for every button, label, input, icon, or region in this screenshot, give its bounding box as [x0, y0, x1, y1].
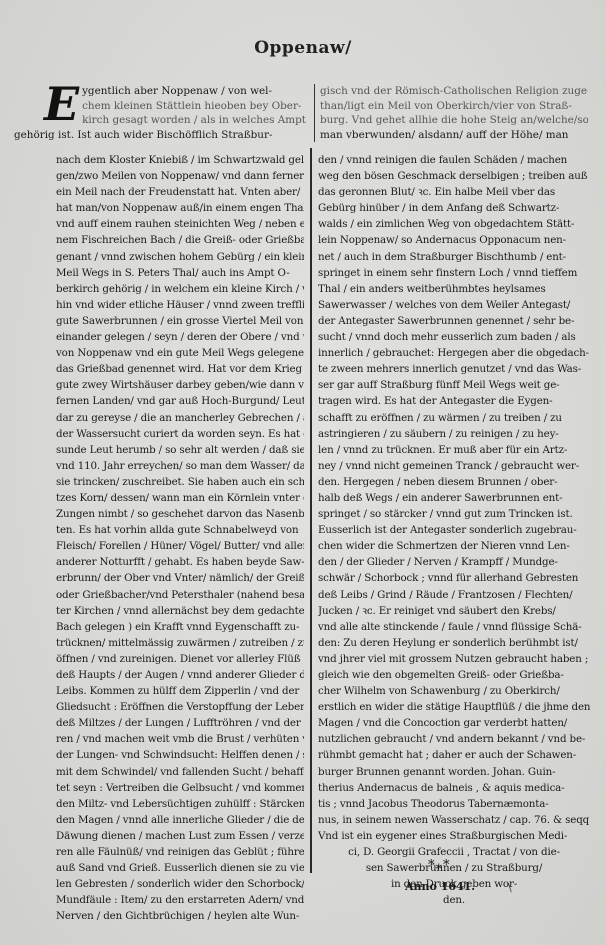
text-line: berkirch gehörig / in welchem ein kleine…	[56, 281, 304, 297]
text-line: auß Sand vnd Grieß. Eusserlich dienen si…	[56, 860, 304, 876]
text-line: hin vnd wider etliche Häuser / vnnd zwee…	[56, 297, 304, 313]
text-line: oder Grießbacher/vnd Petersthaler (nahen…	[56, 587, 304, 603]
text-line: ein Meil nach der Freudenstatt hat. Vnte…	[56, 184, 304, 200]
text-line: den Magen / vnnd alle innerliche Glieder…	[56, 812, 304, 828]
intro-line: kirch gesagt worden / als in welches Amp…	[82, 113, 306, 128]
closing-line: den.	[318, 892, 590, 908]
text-line: Vnd ist ein eygener eines Straßburgische…	[318, 828, 590, 844]
text-line: öffnen / vnd zureinigen. Dienet vor alle…	[56, 651, 304, 667]
intro-line: gisch vnd der Römisch-Catholischen Relig…	[320, 84, 588, 99]
text-line: vnd 110. Jahr erreychen/ so man dem Wass…	[56, 458, 304, 474]
text-line: anderer Notturfft / gehabt. Es haben bey…	[56, 554, 304, 570]
text-line: fernen Landen/ vnd gar auß Hoch-Burgund/…	[56, 393, 304, 409]
text-line: Nerven / den Gichtbrüchigen / heylen alt…	[56, 908, 304, 924]
text-line: Sawerwasser / welches von dem Weiler Ant…	[318, 297, 590, 313]
text-line: den. Hergegen / neben diesem Brunnen / o…	[318, 474, 590, 490]
text-line: ter Kirchen / vnnd allernächst bey dem g…	[56, 603, 304, 619]
text-line: sie trincken/ zuschreibet. Sie haben auc…	[56, 474, 304, 490]
text-line: mit dem Schwindel/ vnd fallenden Sucht /…	[56, 764, 304, 780]
text-line: hat man/von Noppenaw auß/in einem engen …	[56, 200, 304, 216]
publication-date: Anno 1641.	[405, 880, 475, 893]
text-line: das Grießbad genennet wird. Hat vor dem …	[56, 361, 304, 377]
intro-left: E ygentlich aber Noppenaw / von wel- che…	[44, 84, 306, 142]
text-line: Gliedsucht : Eröffnen die Verstopffung d…	[56, 699, 304, 715]
ornament-asterism: *⁎*	[428, 858, 451, 873]
text-line: einander gelegen / seyn / deren der Ober…	[56, 329, 304, 345]
stray-mark: \	[508, 881, 512, 894]
left-column: nach dem Kloster Kniebiß / im Schwartzwa…	[56, 152, 304, 925]
closing-line: sen Sawerbrünnen / zu Straßburg/	[318, 860, 590, 876]
text-line: nach dem Kloster Kniebiß / im Schwartzwa…	[56, 152, 304, 168]
text-line: ser gar auff Straßburg fünff Meil Wegs w…	[318, 377, 590, 393]
text-line: erstlich en wider die stätige Hauptflüß …	[318, 699, 590, 715]
text-line: nutzlichen gebraucht / vnd andern bekann…	[318, 731, 590, 747]
text-line: tragen wird. Es hat der Antegaster die E…	[318, 393, 590, 409]
text-line: len Gebresten / sonderlich wider den Sch…	[56, 876, 304, 892]
text-line: tet seyn : Vertreiben die Gelbsucht / vn…	[56, 780, 304, 796]
text-line: springet in einem sehr finstern Loch / v…	[318, 265, 590, 281]
closing-line: ci, D. Georgii Grafeccii , Tractat / von…	[318, 844, 590, 860]
intro-line: chem kleinen Stättlein hieoben bey Ober-	[82, 99, 306, 114]
text-line: genant / vnnd zwischen hohem Gebürg / ei…	[56, 249, 304, 265]
intro-line: ygentlich aber Noppenaw / von wel-	[82, 84, 306, 99]
text-line: Jucken / ꝛc. Er reiniget vnd säubert den…	[318, 603, 590, 619]
text-line: deß Haupts / der Augen / vnnd anderer Gl…	[56, 667, 304, 683]
text-line: den / vnnd reinigen die faulen Schäden /…	[318, 152, 590, 168]
text-line: astringieren / zu säubern / zu reinigen …	[318, 426, 590, 442]
text-line: Gebürg hinüber / in dem Anfang deß Schwa…	[318, 200, 590, 216]
text-line: springet / so stärcker / vnnd gut zum Tr…	[318, 506, 590, 522]
intro-line: man vberwunden/ alsdann/ auff der Höhe/ …	[320, 128, 588, 143]
intro-line: gehörig ist. Ist auch wider Bischöfflich…	[14, 128, 306, 143]
text-line: Mundfäule : Item/ zu den erstarreten Ade…	[56, 892, 304, 908]
text-line: schwär / Schorbock ; vnnd für allerhand …	[318, 570, 590, 586]
text-line: sunde Leut herumb / so sehr alt werden /…	[56, 442, 304, 458]
text-line: te zween mehrers innerlich genutzet / vn…	[318, 361, 590, 377]
text-line: Eusserlich ist der Antegaster sonderlich…	[318, 522, 590, 538]
intro-right: gisch vnd der Römisch-Catholischen Relig…	[320, 84, 588, 142]
text-line: ren alle Fäulnüß/ vnd reinigen das Geblü…	[56, 844, 304, 860]
text-line: burger Brunnen genannt worden. Johan. Gu…	[318, 764, 590, 780]
text-line: Thal / ein anders weitberühmbtes heylsam…	[318, 281, 590, 297]
text-line: vnd alle alte stinckende / faule / vnnd …	[318, 619, 590, 635]
text-line: Fleisch/ Forellen / Hüner/ Vögel/ Butter…	[56, 538, 304, 554]
text-line: tis ; vnnd Jacobus Theodorus Tabernæmont…	[318, 796, 590, 812]
right-column: den / vnnd reinigen die faulen Schäden /…	[318, 152, 590, 908]
text-line: halb deß Wegs / ein anderer Sawerbrunnen…	[318, 490, 590, 506]
text-line: das geronnen Blut/ ꝛc. Ein halbe Meil vb…	[318, 184, 590, 200]
text-line: chen wider die Schmertzen der Nieren vnn…	[318, 538, 590, 554]
intro-divider	[314, 84, 315, 142]
text-line: lein Noppenaw/ so Andernacus Opponacum n…	[318, 232, 590, 248]
text-line: gleich wie den obgemelten Greiß- oder Gr…	[318, 667, 590, 683]
text-line: Zungen nimbt / so geschehet darvon das N…	[56, 506, 304, 522]
text-line: cher Wilhelm von Schawenburg / zu Oberki…	[318, 683, 590, 699]
text-line: walds / ein zimlichen Weg von obgedachte…	[318, 216, 590, 232]
intro-line: burg. Vnd gehet allhie die hohe Steig an…	[320, 113, 588, 128]
text-line: innerlich / gebrauchet: Hergegen aber di…	[318, 345, 590, 361]
text-line: der Lungen- vnd Schwindsucht: Helffen de…	[56, 747, 304, 763]
text-line: der Antegaster Sawerbrunnen genennet / s…	[318, 313, 590, 329]
text-line: len / vnnd zu trücknen. Er muß aber für …	[318, 442, 590, 458]
text-line: sucht / vnnd doch mehr eusserlich zum ba…	[318, 329, 590, 345]
text-line: den: Zu deren Heylung er sonderlich berü…	[318, 635, 590, 651]
text-line: trücknen/ mittelmässig zuwärmen / zutrei…	[56, 635, 304, 651]
text-line: ren / vnd machen weit vmb die Brust / ve…	[56, 731, 304, 747]
text-line: rühmbt gemacht hat ; daher er auch der S…	[318, 747, 590, 763]
text-line: Meil Wegs in S. Peters Thal/ auch ins Am…	[56, 265, 304, 281]
text-line: Magen / vnd die Concoction gar verderbt …	[318, 715, 590, 731]
text-line: deß Leibs / Grind / Räude / Frantzosen /…	[318, 587, 590, 603]
text-line: therius Andernacus de balneis , & aquis …	[318, 780, 590, 796]
text-line: den Miltz- vnd Lebersüchtigen zuhülff : …	[56, 796, 304, 812]
text-line: dar zu gereyse / die an mancherley Gebre…	[56, 410, 304, 426]
text-line: Bach gelegen ) ein Krafft vnnd Eygenscha…	[56, 619, 304, 635]
text-line: deß Miltzes / der Lungen / Lufftröhren /…	[56, 715, 304, 731]
text-line: gen/zwo Meilen von Noppenaw/ vnd dann fe…	[56, 168, 304, 184]
document-page: Oppenaw/ E ygentlich aber Noppenaw / von…	[0, 0, 606, 945]
text-line: den / der Glieder / Nerven / Krampff / M…	[318, 554, 590, 570]
text-line: Däwung dienen / machen Lust zum Essen / …	[56, 828, 304, 844]
drop-cap: E	[44, 84, 79, 124]
page-title: Oppenaw/	[0, 38, 606, 58]
text-line: gute zwey Wirtshäuser darbey geben/wie d…	[56, 377, 304, 393]
text-line: nus, in seinem newen Wasserschatz / cap.…	[318, 812, 590, 828]
text-line: ney / vnnd nicht gemeinen Tranck / gebra…	[318, 458, 590, 474]
text-line: gute Sawerbrunnen / ein grosse Viertel M…	[56, 313, 304, 329]
text-line: vnd auff einem rauhen steinichten Weg / …	[56, 216, 304, 232]
column-divider	[310, 148, 312, 873]
text-line: der Wassersucht curiert da worden seyn. …	[56, 426, 304, 442]
text-line: erbrunn/ der Ober vnd Vnter/ nämlich/ de…	[56, 570, 304, 586]
text-line: Leibs. Kommen zu hülff dem Zipperlin / v…	[56, 683, 304, 699]
text-line: vnd jhrer viel mit grossem Nutzen gebrau…	[318, 651, 590, 667]
text-line: net / auch in dem Straßburger Bischthumb…	[318, 249, 590, 265]
text-line: weg den bösen Geschmack derselbigen ; tr…	[318, 168, 590, 184]
intro-line: than/ligt ein Meil von Oberkirch/vier vo…	[320, 99, 588, 114]
text-line: nem Fischreichen Bach / die Greiß- oder …	[56, 232, 304, 248]
text-line: tzes Korn/ dessen/ wann man ein Körnlein…	[56, 490, 304, 506]
text-line: schafft zu eröffnen / zu wärmen / zu tre…	[318, 410, 590, 426]
text-line: ten. Es hat vorhin allda gute Schnabelwe…	[56, 522, 304, 538]
text-line: von Noppenaw vnd ein gute Meil Wegs gele…	[56, 345, 304, 361]
